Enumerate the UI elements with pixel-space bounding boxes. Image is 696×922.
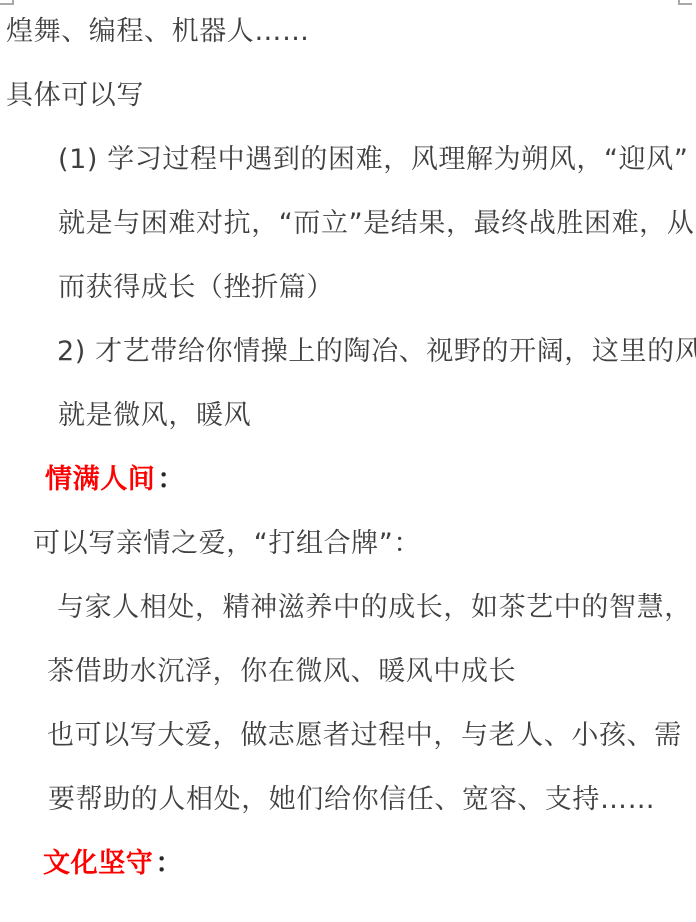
body-text: 而获得成长（挫折篇） [58, 272, 334, 303]
text-line: 要帮助的人相处，她们给你信任、宽容、支持…… [48, 768, 696, 832]
red-heading: 文化坚守 [43, 848, 153, 879]
text-line: 煌舞、编程、机器人…… [6, 0, 696, 64]
text-line: 情满人间： [45, 448, 696, 512]
body-text: 就是微风，暖风 [58, 400, 251, 431]
text-line: 文化坚守： [43, 832, 696, 896]
body-text: 与家人相处，精神滋养中的成长，如茶艺中的智慧， [57, 592, 692, 623]
body-text: (1) 学习过程中遇到的困难，风理解为朔风，“迎风” [58, 144, 688, 175]
body-text: 也可以写大爱，做志愿者过程中，与老人、小孩、需 [47, 720, 682, 751]
document-page: 煌舞、编程、机器人……具体可以写(1) 学习过程中遇到的困难，风理解为朔风，“迎… [0, 0, 696, 922]
text-line: 与家人相处，精神滋养中的成长，如茶艺中的智慧， [57, 576, 696, 640]
body-text: 具体可以写 [6, 80, 144, 111]
red-heading: 情满人间 [45, 464, 155, 495]
heading-colon: ： [155, 464, 185, 495]
text-line: 也可以写大爱，做志愿者过程中，与老人、小孩、需 [47, 704, 696, 768]
text-line: 茶借助水沉浮，你在微风、暖风中成长 [47, 640, 696, 704]
text-line: 具体可以写 [6, 64, 696, 128]
body-text: 就是与困难对抗，“而立”是结果，最终战胜困难，从 [58, 208, 694, 239]
document-text-block: 煌舞、编程、机器人……具体可以写(1) 学习过程中遇到的困难，风理解为朔风，“迎… [0, 0, 696, 896]
text-line: 就是与困难对抗，“而立”是结果，最终战胜困难，从 [58, 192, 696, 256]
text-line: (1) 学习过程中遇到的困难，风理解为朔风，“迎风” [58, 128, 696, 192]
body-text: 茶借助水沉浮，你在微风、暖风中成长 [47, 656, 516, 687]
text-line: 而获得成长（挫折篇） [58, 256, 696, 320]
body-text: 可以写亲情之爱，“打组合牌”： [33, 528, 421, 559]
body-text: 要帮助的人相处，她们给你信任、宽容、支持…… [48, 784, 655, 815]
text-line: 就是微风，暖风 [58, 384, 696, 448]
body-text: 2) 才艺带给你情操上的陶冶、视野的开阔，这里的风 [57, 336, 696, 367]
text-line: 可以写亲情之爱，“打组合牌”： [33, 512, 696, 576]
text-line: 2) 才艺带给你情操上的陶冶、视野的开阔，这里的风 [57, 320, 696, 384]
body-text: 煌舞、编程、机器人…… [6, 16, 310, 47]
heading-colon: ： [153, 848, 183, 879]
